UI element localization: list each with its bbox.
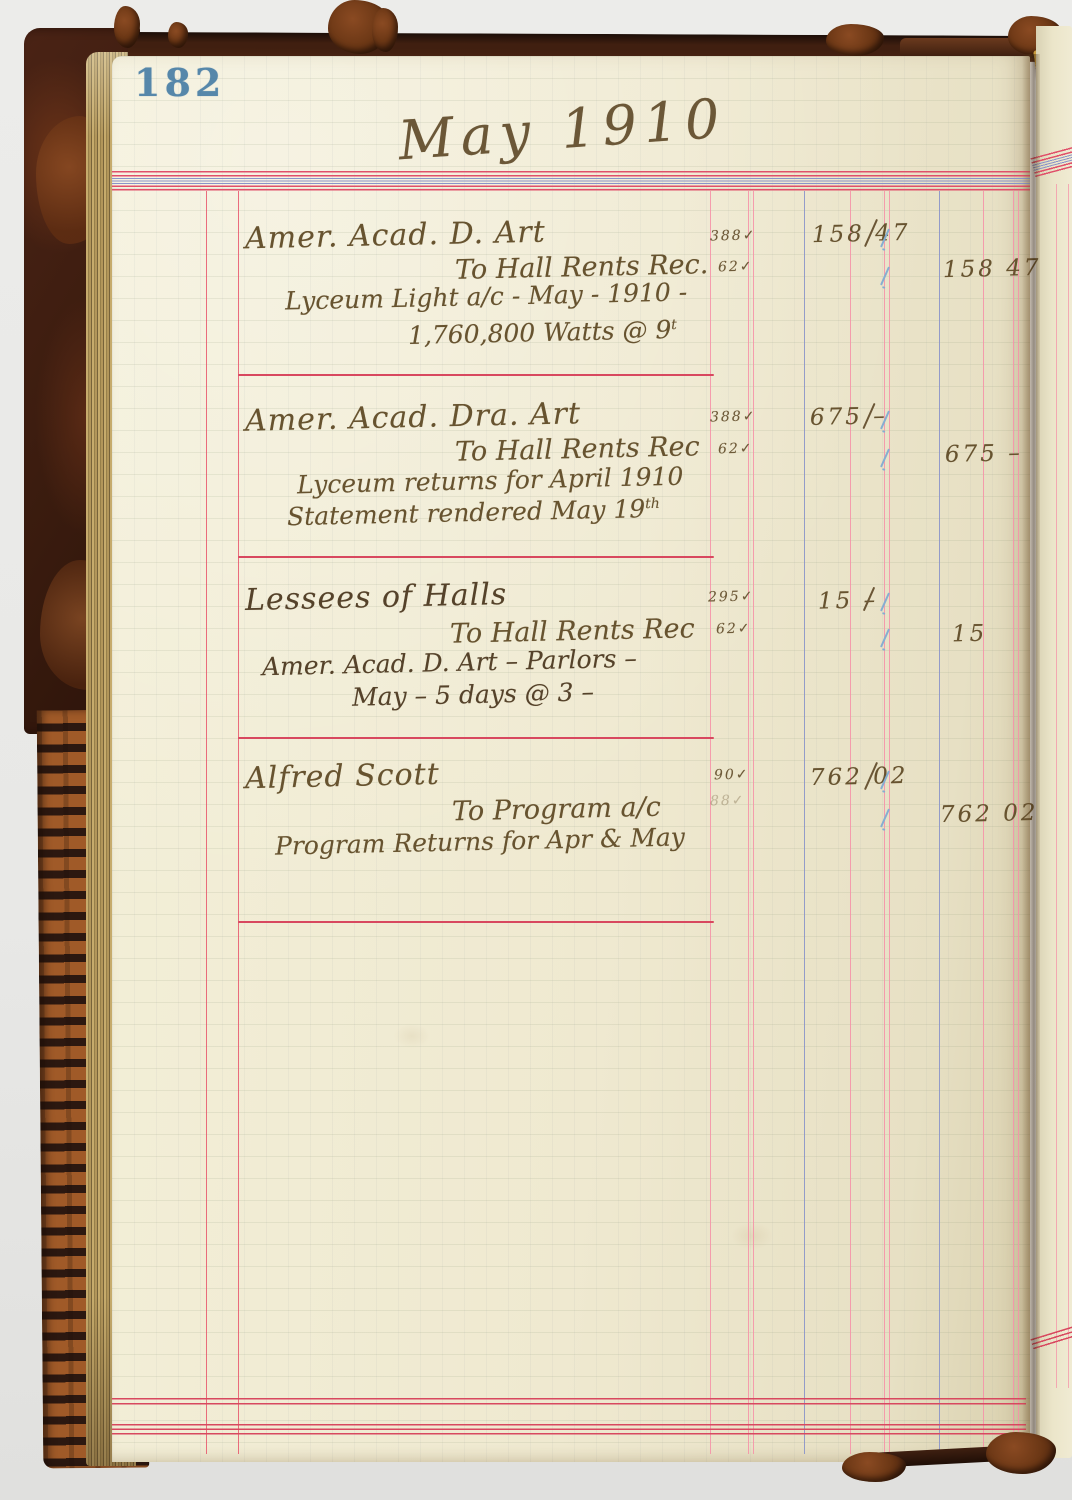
entry-memo: Program Returns for Apr & May <box>275 822 685 860</box>
entry-account: Amer. Acad. Dra. Art <box>245 396 582 439</box>
memo-text: Statement rendered May 19 <box>287 494 646 531</box>
checkmark-icon: ✓ <box>740 441 754 457</box>
column-rule <box>710 191 711 1454</box>
debit-folio: 295✓ <box>708 588 755 605</box>
folio-number: 388 <box>710 409 743 426</box>
footer-rule-triple <box>112 1424 1026 1436</box>
column-rule <box>753 191 754 1454</box>
entry-memo: May – 5 days @ 3 – <box>352 677 595 711</box>
entry-divider-rule <box>238 556 714 558</box>
column-rule <box>850 191 851 1454</box>
column-rule <box>889 191 890 1454</box>
credit-amount: 675 – <box>945 440 1023 468</box>
entry-account: Amer. Acad. D. Art <box>245 215 546 257</box>
credit-folio: 62✓ <box>718 259 754 276</box>
credit-folio: 88✓ <box>710 793 746 810</box>
memo-superscript: th <box>645 496 660 512</box>
entry-divider-rule <box>238 737 714 739</box>
folio-number: 88 <box>710 793 732 809</box>
checkmark-icon: ✓ <box>740 259 754 275</box>
checkmark-icon: ✓ <box>743 227 757 243</box>
folio-number: 62 <box>718 259 740 275</box>
column-rule <box>804 191 805 1454</box>
header-ruled-band <box>112 169 1030 191</box>
ledger-book-photo: { "document": { "type": "handwritten acc… <box>0 0 1072 1500</box>
entry-divider-rule <box>238 921 714 923</box>
debit-folio: 388✓ <box>710 227 757 244</box>
checkmark-icon: ✓ <box>741 588 755 604</box>
torn-leather-tuft <box>842 1452 906 1482</box>
debit-amount: 15 – <box>818 587 879 614</box>
folio-number: 388 <box>710 228 743 245</box>
memo-superscript: t <box>671 317 677 333</box>
entry-divider-rule <box>238 374 714 376</box>
entry-memo: Statement rendered May 19th <box>287 494 660 531</box>
credit-amount: 15 <box>952 621 988 648</box>
folio-number: 62 <box>716 621 738 637</box>
debit-amount: 158 47 <box>812 220 911 248</box>
page-number-stamp: 182 <box>134 60 225 105</box>
ledger-page: 182 May 1910 Amer. Acad. D. Art To Hall … <box>112 56 1030 1462</box>
folio-number: 295 <box>708 589 741 606</box>
checkmark-icon: ✓ <box>738 621 752 637</box>
bottom-cover-edge <box>106 1457 872 1477</box>
facing-page-column-rule <box>1056 184 1057 1388</box>
entry-memo: Lyceum Light a/c - May - 1910 - <box>285 277 688 315</box>
debit-folio: 388✓ <box>710 408 757 425</box>
memo-text: 1,760,800 Watts @ 9 <box>408 315 672 350</box>
torn-leather-tuft <box>986 1432 1056 1474</box>
column-rule <box>884 191 885 1454</box>
debit-folio: 90✓ <box>714 767 750 784</box>
folio-number: 90 <box>714 767 736 783</box>
column-rule <box>748 191 749 1454</box>
entry-contra: To Program a/c <box>452 792 662 828</box>
entry-memo: Amer. Acad. D. Art – Parlors – <box>262 644 637 681</box>
facing-page-sliver <box>1036 26 1072 1458</box>
checkmark-icon: ✓ <box>736 767 750 783</box>
credit-folio: 62✓ <box>718 441 754 458</box>
credit-folio: 62✓ <box>716 621 752 638</box>
checkmark-icon: ✓ <box>732 793 746 809</box>
margin-rule <box>206 191 207 1454</box>
facing-page-column-rule <box>1068 184 1069 1388</box>
entry-memo: 1,760,800 Watts @ 9t <box>408 315 678 350</box>
folio-number: 62 <box>718 441 740 457</box>
entry-account: Lessees of Halls <box>245 577 508 618</box>
debit-amount: 762 02 <box>810 763 909 791</box>
debit-amount: 675 – <box>810 403 888 431</box>
checkmark-icon: ✓ <box>743 408 757 424</box>
entry-account: Alfred Scott <box>245 757 440 796</box>
footer-rule-double <box>112 1398 1026 1406</box>
page-heading: May 1910 <box>396 87 728 173</box>
margin-rule <box>238 191 239 1454</box>
gutter-crease <box>1022 54 1040 1462</box>
